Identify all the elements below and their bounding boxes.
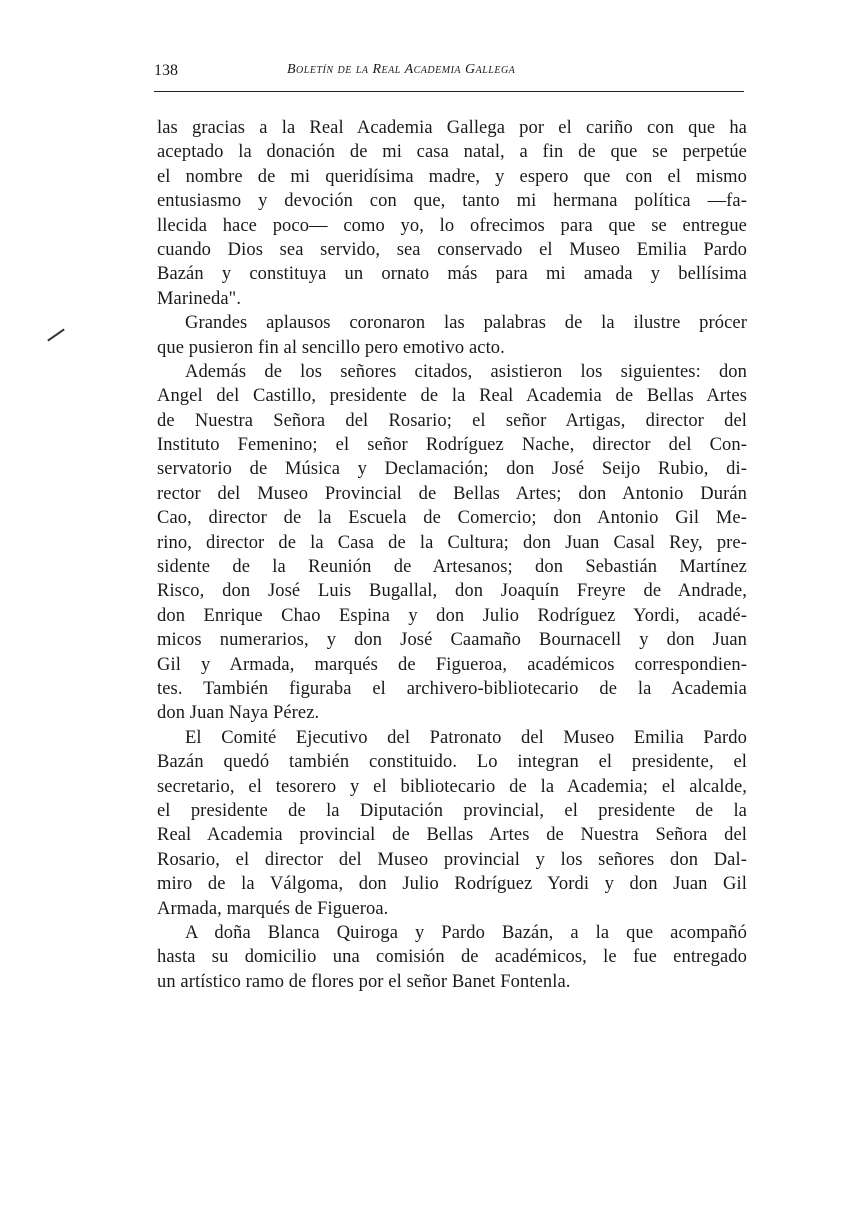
text-line: el presidente de la Diputación provincia… bbox=[157, 799, 747, 823]
text-line: Marineda". bbox=[157, 287, 747, 311]
text-line: Rosario, el director del Museo provincia… bbox=[157, 848, 747, 872]
text-line: Grandes aplausos coronaron las palabras … bbox=[157, 311, 747, 335]
text-line: Además de los señores citados, asistiero… bbox=[157, 360, 747, 384]
body-text: las gracias a la Real Academia Gallega p… bbox=[157, 116, 747, 994]
text-line: rino, director de la Casa de la Cultura;… bbox=[157, 531, 747, 555]
text-line: secretario, el tesorero y el bibliotecar… bbox=[157, 775, 747, 799]
text-line: micos numerarios, y don José Caamaño Bou… bbox=[157, 628, 747, 652]
text-line: El Comité Ejecutivo del Patronato del Mu… bbox=[157, 726, 747, 750]
text-line: llecida hace poco— como yo, lo ofrecimos… bbox=[157, 214, 747, 238]
text-line: aceptado la donación de mi casa natal, a… bbox=[157, 140, 747, 164]
pencil-mark-icon bbox=[47, 328, 65, 341]
text-line: rector del Museo Provincial de Bellas Ar… bbox=[157, 482, 747, 506]
text-line: Cao, director de la Escuela de Comercio;… bbox=[157, 506, 747, 530]
text-line: sidente de la Reunión de Artesanos; don … bbox=[157, 555, 747, 579]
text-line: Instituto Femenino; el señor Rodríguez N… bbox=[157, 433, 747, 457]
text-line: de Nuestra Señora del Rosario; el señor … bbox=[157, 409, 747, 433]
text-line: que pusieron fin al sencillo pero emotiv… bbox=[157, 336, 747, 360]
running-title: Boletín de la Real Academia Gallega bbox=[287, 62, 515, 78]
text-line: Real Academia provincial de Bellas Artes… bbox=[157, 823, 747, 847]
text-line: tes. También figuraba el archivero-bibli… bbox=[157, 677, 747, 701]
text-line: don Juan Naya Pérez. bbox=[157, 701, 747, 725]
text-line: A doña Blanca Quiroga y Pardo Bazán, a l… bbox=[157, 921, 747, 945]
text-line: miro de la Válgoma, don Julio Rodríguez … bbox=[157, 872, 747, 896]
text-line: servatorio de Música y Declamación; don … bbox=[157, 457, 747, 481]
text-line: Gil y Armada, marqués de Figueroa, acadé… bbox=[157, 653, 747, 677]
text-line: Angel del Castillo, presidente de la Rea… bbox=[157, 384, 747, 408]
header-rule bbox=[154, 91, 744, 92]
text-line: entusiasmo y devoción con que, tanto mi … bbox=[157, 189, 747, 213]
text-line: Risco, don José Luis Bugallal, don Joaqu… bbox=[157, 579, 747, 603]
page-number: 138 bbox=[154, 62, 178, 80]
text-line: don Enrique Chao Espina y don Julio Rodr… bbox=[157, 604, 747, 628]
text-line: un artístico ramo de flores por el señor… bbox=[157, 970, 747, 994]
text-line: Bazán y constituya un ornato más para mi… bbox=[157, 262, 747, 286]
text-line: Armada, marqués de Figueroa. bbox=[157, 897, 747, 921]
text-line: hasta su domicilio una comisión de acadé… bbox=[157, 945, 747, 969]
text-line: las gracias a la Real Academia Gallega p… bbox=[157, 116, 747, 140]
text-line: Bazán quedó también constituido. Lo inte… bbox=[157, 750, 747, 774]
text-line: el nombre de mi queridísima madre, y esp… bbox=[157, 165, 747, 189]
text-line: cuando Dios sea servido, sea conservado … bbox=[157, 238, 747, 262]
